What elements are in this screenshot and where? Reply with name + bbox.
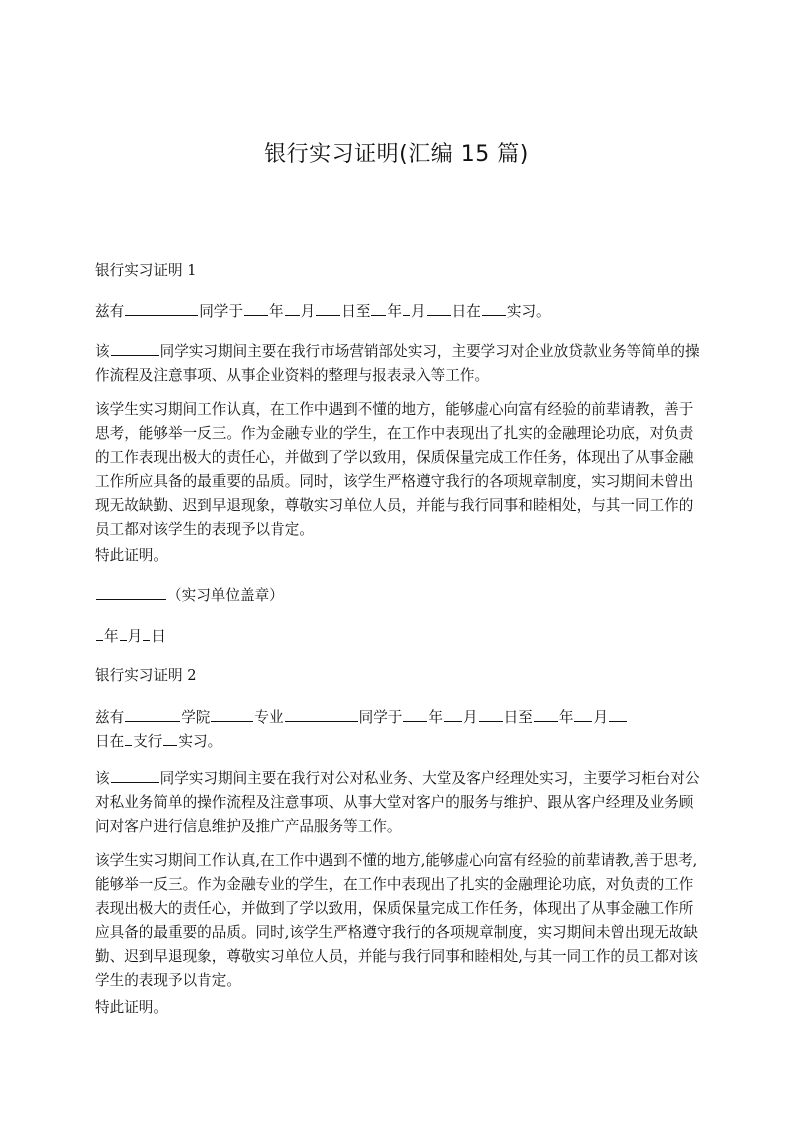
text: 年: [428, 709, 443, 726]
blank-college: [125, 707, 180, 722]
text: 日在: [452, 303, 481, 320]
section1-date-line: 年月日: [95, 625, 707, 649]
text: 月: [411, 303, 426, 320]
text: 日: [151, 628, 166, 645]
blank-year: [534, 707, 558, 722]
blank-name: [111, 341, 159, 356]
section-heading-2: 银行实习证明 2: [95, 664, 707, 688]
blank-month: [285, 301, 300, 316]
blank-month: [403, 301, 410, 316]
section-heading-1: 银行实习证明 1: [95, 259, 707, 283]
text: 实习。: [507, 303, 551, 320]
text: 月: [593, 709, 608, 726]
seal-label: （实习单位盖章）: [167, 587, 284, 604]
text: 同学实习期间主要在我行对公对私业务、大堂及客户经理处实习，主要学习柜台对公对私业…: [95, 770, 700, 835]
section1-closing: 特此证明。: [95, 544, 707, 568]
section2-intro-line: 兹有学院专业同学于年月日至年月日在支行实习。: [95, 706, 707, 754]
text: 年: [269, 303, 284, 320]
text: 日在: [95, 733, 124, 750]
text: 同学实习期间主要在我行市场营销部处实习，主要学习对企业放贷款业务等简单的操作流程…: [95, 343, 700, 384]
text: 同学于: [359, 709, 403, 726]
blank-year: [371, 301, 386, 316]
text: 年: [387, 303, 402, 320]
blank-month: [574, 707, 592, 722]
text: 该: [95, 343, 110, 360]
text: 学院: [181, 709, 210, 726]
section1-paragraph-3: 该学生实习期间工作认真，在工作中遇到不懂的地方，能够虚心向富有经验的前辈请教，善…: [95, 398, 707, 542]
blank-branch: [125, 731, 132, 746]
section1-seal-line: （实习单位盖章）: [95, 584, 707, 608]
text: 支行: [133, 733, 162, 750]
section2-closing: 特此证明。: [95, 996, 707, 1020]
text: 年: [559, 709, 574, 726]
blank-day: [316, 301, 340, 316]
section2-paragraph-2: 该同学实习期间主要在我行对公对私业务、大堂及客户经理处实习，主要学习柜台对公对私…: [95, 767, 707, 839]
blank-year: [244, 301, 268, 316]
text: 该: [95, 770, 110, 787]
blank-year: [96, 626, 103, 641]
text: 年: [104, 628, 119, 645]
blank-dept: [163, 731, 177, 746]
blank-day: [143, 626, 150, 641]
text: 月: [463, 709, 478, 726]
blank-name: [125, 301, 198, 316]
text: 日至: [504, 709, 533, 726]
section1-paragraph-2: 该同学实习期间主要在我行市场营销部处实习，主要学习对企业放贷款业务等简单的操作流…: [95, 340, 707, 388]
paragraph: 该学生实习期间工作认真,在工作中遇到不懂的地方,能够虚心向富有经验的前辈请教,善…: [95, 849, 707, 993]
blank-month: [120, 626, 127, 641]
blank-name: [111, 768, 159, 783]
text: 月: [128, 628, 143, 645]
blank-seal: [96, 585, 166, 600]
blank-year: [403, 707, 427, 722]
section1-intro-line: 兹有同学于年月日至年月日在实习。: [95, 300, 707, 324]
text: 实习。: [178, 733, 222, 750]
blank-place: [482, 301, 506, 316]
text: 兹有: [95, 709, 124, 726]
blank-name: [285, 707, 358, 722]
blank-month: [444, 707, 462, 722]
blank-day: [427, 301, 451, 316]
text: 月: [301, 303, 316, 320]
blank-day: [609, 707, 627, 722]
blank-major: [211, 707, 253, 722]
document-title: 银行实习证明(汇编 15 篇): [0, 137, 793, 168]
paragraph: 该学生实习期间工作认真，在工作中遇到不懂的地方，能够虚心向富有经验的前辈请教，善…: [95, 398, 707, 542]
text: 同学于: [199, 303, 243, 320]
section2-paragraph-3: 该学生实习期间工作认真,在工作中遇到不懂的地方,能够虚心向富有经验的前辈请教,善…: [95, 849, 707, 993]
text: 日至: [341, 303, 370, 320]
text: 兹有: [95, 303, 124, 320]
blank-day: [479, 707, 503, 722]
text: 专业: [254, 709, 283, 726]
